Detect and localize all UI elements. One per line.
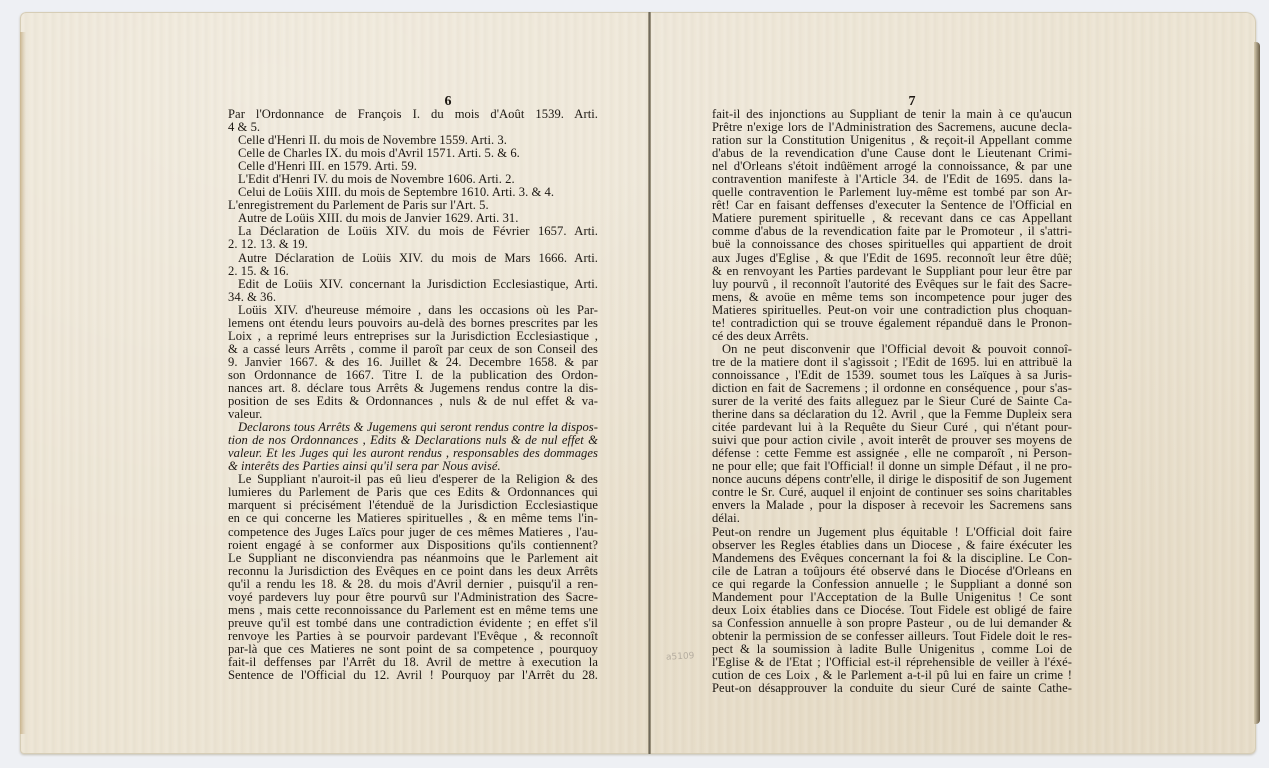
text-line: Le Suppliant n'auroit-il pas eû lieu d'e… (228, 473, 598, 486)
text-line: quelle contravention le Parlement luy-mê… (712, 186, 1072, 199)
text-line: l'Eglise & de l'Etat ; l'Official est-il… (712, 656, 1072, 669)
text-line: ne pour elle; que fait l'Official! il do… (712, 460, 1072, 473)
page-number: 7 (712, 95, 1072, 108)
text-line: te! contradiction qui se trouve égalemen… (712, 317, 1072, 330)
left-page: 6 Par l'Ordonnance de François I. du moi… (20, 12, 648, 754)
text-line: d'abus de la revendication d'une Cause d… (712, 147, 1072, 160)
text-line: 9. Janvier 1667. & des 16. Juillet & 24.… (228, 356, 598, 369)
text-line: lumieres du Parlement de Paris que ces E… (228, 486, 598, 499)
text-line: suivi que pour action civile , avoit int… (712, 434, 1072, 447)
text-line: Celle d'Henri II. du mois de Novembre 15… (228, 134, 598, 147)
text-line: mens , mais cette reconnoissance du Parl… (228, 604, 598, 617)
text-line: Par l'Ordonnance de François I. du mois … (228, 108, 598, 121)
page-number: 6 (228, 95, 598, 108)
text-line: roient engagé à se conformer aux Disposi… (228, 539, 598, 552)
left-page-text: 6 Par l'Ordonnance de François I. du moi… (228, 95, 598, 682)
text-line: défense : cette Femme est assignée , ell… (712, 447, 1072, 460)
pencil-annotation: a5109 (666, 651, 695, 662)
text-line: pect & la soumission à ladite Bulle Unig… (712, 643, 1072, 656)
text-line: Peut-on désapprouver la conduite du sieu… (712, 682, 1072, 695)
text-line: Peut-on rendre un Jugement plus équitabl… (712, 526, 1072, 539)
text-line: Prêtre n'exige lors de l'Administration … (712, 121, 1072, 134)
left-page-lines: Par l'Ordonnance de François I. du mois … (228, 108, 598, 682)
text-line: Matieres spirituelles. Peut-on voir une … (712, 304, 1072, 317)
paper-sheet: 6 Par l'Ordonnance de François I. du moi… (20, 12, 1256, 754)
text-line: rêt! Car en faisant deffenses d'executer… (712, 199, 1072, 212)
text-line: obtenir la permission de se confesser ai… (712, 630, 1072, 643)
text-line: Mandement pour l'Acceptation de la Bulle… (712, 591, 1072, 604)
text-line: Celle d'Henri III. en 1579. Arti. 59. (228, 160, 598, 173)
scanned-document: 6 Par l'Ordonnance de François I. du moi… (0, 0, 1269, 768)
text-line: renvoye les Parties à se pourvoir pardev… (228, 630, 598, 643)
text-line: cile de Latran a toûjours été observé da… (712, 565, 1072, 578)
text-line: marquent si précisément l'étenduë de la … (228, 499, 598, 512)
text-line: tre de la matiere dont il s'agissoit ; l… (712, 356, 1072, 369)
text-line: ration sur la Constitution Unigenitus , … (712, 134, 1072, 147)
text-line: Loix , a reprimé leurs entreprises sur l… (228, 330, 598, 343)
text-line: Autre de Loüis XIII. du mois de Janvier … (228, 212, 598, 225)
text-line: fait-il deffenses par l'Arrêt du 18. Avr… (228, 656, 598, 669)
text-line: contravention manifeste à l'Article 34. … (712, 173, 1072, 186)
text-line: nances art. 8. déclare tous Arrêts & Jug… (228, 382, 598, 395)
text-line: lemens ont étendu leurs pouvoirs au-delà… (228, 317, 598, 330)
right-page-text: 7 fait-il des injonctions au Suppliant d… (712, 95, 1072, 695)
text-line: Declarons tous Arrêts & Jugemens qui ser… (228, 421, 598, 434)
text-line: comme d'abus de la revendication faite p… (712, 225, 1072, 238)
text-line: La Déclaration de Loüis XIV. du mois de … (228, 225, 598, 238)
text-line: 34. & 36. (228, 291, 598, 304)
text-line: son Ordonnance de 1667. Titre I. de la p… (228, 369, 598, 382)
text-line: citée pardevant lui à la Requête du Sieu… (712, 421, 1072, 434)
right-page-lines: fait-il des injonctions au Suppliant de … (712, 108, 1072, 695)
text-line: deux Loix établies dans ce Diocése. Tout… (712, 604, 1072, 617)
text-line: Celui de Loüis XIII. du mois de Septembr… (228, 186, 598, 199)
text-line: par-là que ces Matieres ne sont point de… (228, 643, 598, 656)
text-line: ce qui regarde la Confession annuelle ; … (712, 578, 1072, 591)
text-line: & en renvoyant les Parties pardevant le … (712, 265, 1072, 278)
text-line: Sentence de l'Official du 12. Avril ! Po… (228, 669, 598, 682)
text-line: Edit de Loüis XIV. concernant la Jurisdi… (228, 278, 598, 291)
text-line: & a cassé leurs Arrêts , comme il paroît… (228, 343, 598, 356)
text-line: contre le Sr. Curé, auquel il enjoint de… (712, 486, 1072, 499)
text-line: position de ses Edits & Ordonnances , nu… (228, 395, 598, 408)
text-line: L'enregistrement du Parlement de Paris s… (228, 199, 598, 212)
text-line: connoissance , l'Edit de 1539. soumet to… (712, 369, 1072, 382)
text-line: envers la Malade , pour la disposer à re… (712, 499, 1072, 525)
text-line: Matiere purement spirituelle , & recevan… (712, 212, 1072, 225)
text-line: fait-il des injonctions au Suppliant de … (712, 108, 1072, 121)
text-line: observer les Regles établies dans un Dio… (712, 539, 1072, 552)
text-line: nel d'Orleans s'étoit indûëment arrogé l… (712, 160, 1072, 173)
text-line: surer de la verité des faits alleguez pa… (712, 395, 1072, 408)
text-line: qu'il a rendu les 18. & 28. du mois d'Av… (228, 578, 598, 591)
text-line: 2. 12. 13. & 19. (228, 238, 598, 251)
text-line: preuve qu'il est tombé dans une contradi… (228, 617, 598, 630)
text-line: diction en fait de Sacremens ; il ordonn… (712, 382, 1072, 395)
text-line: therine dans sa déclaration du 12. Avril… (712, 408, 1072, 421)
text-line: en ce qui concerne les Matieres spiritue… (228, 512, 598, 525)
text-line: sa Confession annuelle à son propre Past… (712, 617, 1072, 630)
text-line: buë la connoissance des choses spirituel… (712, 238, 1072, 251)
text-line: Le Suppliant ne disconviendra pas néanmo… (228, 552, 598, 565)
text-line: On ne peut disconvenir que l'Official de… (712, 343, 1072, 356)
text-line: tion de nos Ordonnances , Edits & Declar… (228, 434, 598, 447)
text-line: Celle de Charles IX. du mois d'Avril 157… (228, 147, 598, 160)
right-page: 7 fait-il des injonctions au Suppliant d… (650, 12, 1256, 754)
text-line: mens, & avoüe en même tems son incompete… (712, 291, 1072, 304)
text-line: luy pourvû , il reconnoît l'autorité des… (712, 278, 1072, 291)
text-line: voyé pardevers luy pour être pourvû sur … (228, 591, 598, 604)
text-line: cé des deux Arrêts. (712, 330, 1072, 343)
text-line: & interêts des Parties ainsi qu'il sera … (228, 460, 598, 473)
text-line: aux Juges d'Eglise , & que l'Edit de 169… (712, 252, 1072, 265)
text-line: Mandemens des Evêques concernant la foi … (712, 552, 1072, 565)
text-line: L'Edit d'Henri IV. du mois de Novembre 1… (228, 173, 598, 186)
text-line: reconnu la Jurisdiction des Evêques en c… (228, 565, 598, 578)
text-line: Loüis XIV. d'heureuse mémoire , dans les… (228, 304, 598, 317)
text-line: nonce aucuns dépens contr'elle, il dirig… (712, 473, 1072, 486)
text-line: Autre Déclaration de Loüis XIV. du mois … (228, 252, 598, 265)
text-line: valeur. Et les Juges qui les auront rend… (228, 447, 598, 460)
text-line: 4 & 5. (228, 121, 598, 134)
text-line: competence des Juges Laïcs pour juger de… (228, 526, 598, 539)
text-line: cution de ces Loix , & le Parlement a-t-… (712, 669, 1072, 682)
text-line: valeur. (228, 408, 598, 421)
text-line: 2. 15. & 16. (228, 265, 598, 278)
